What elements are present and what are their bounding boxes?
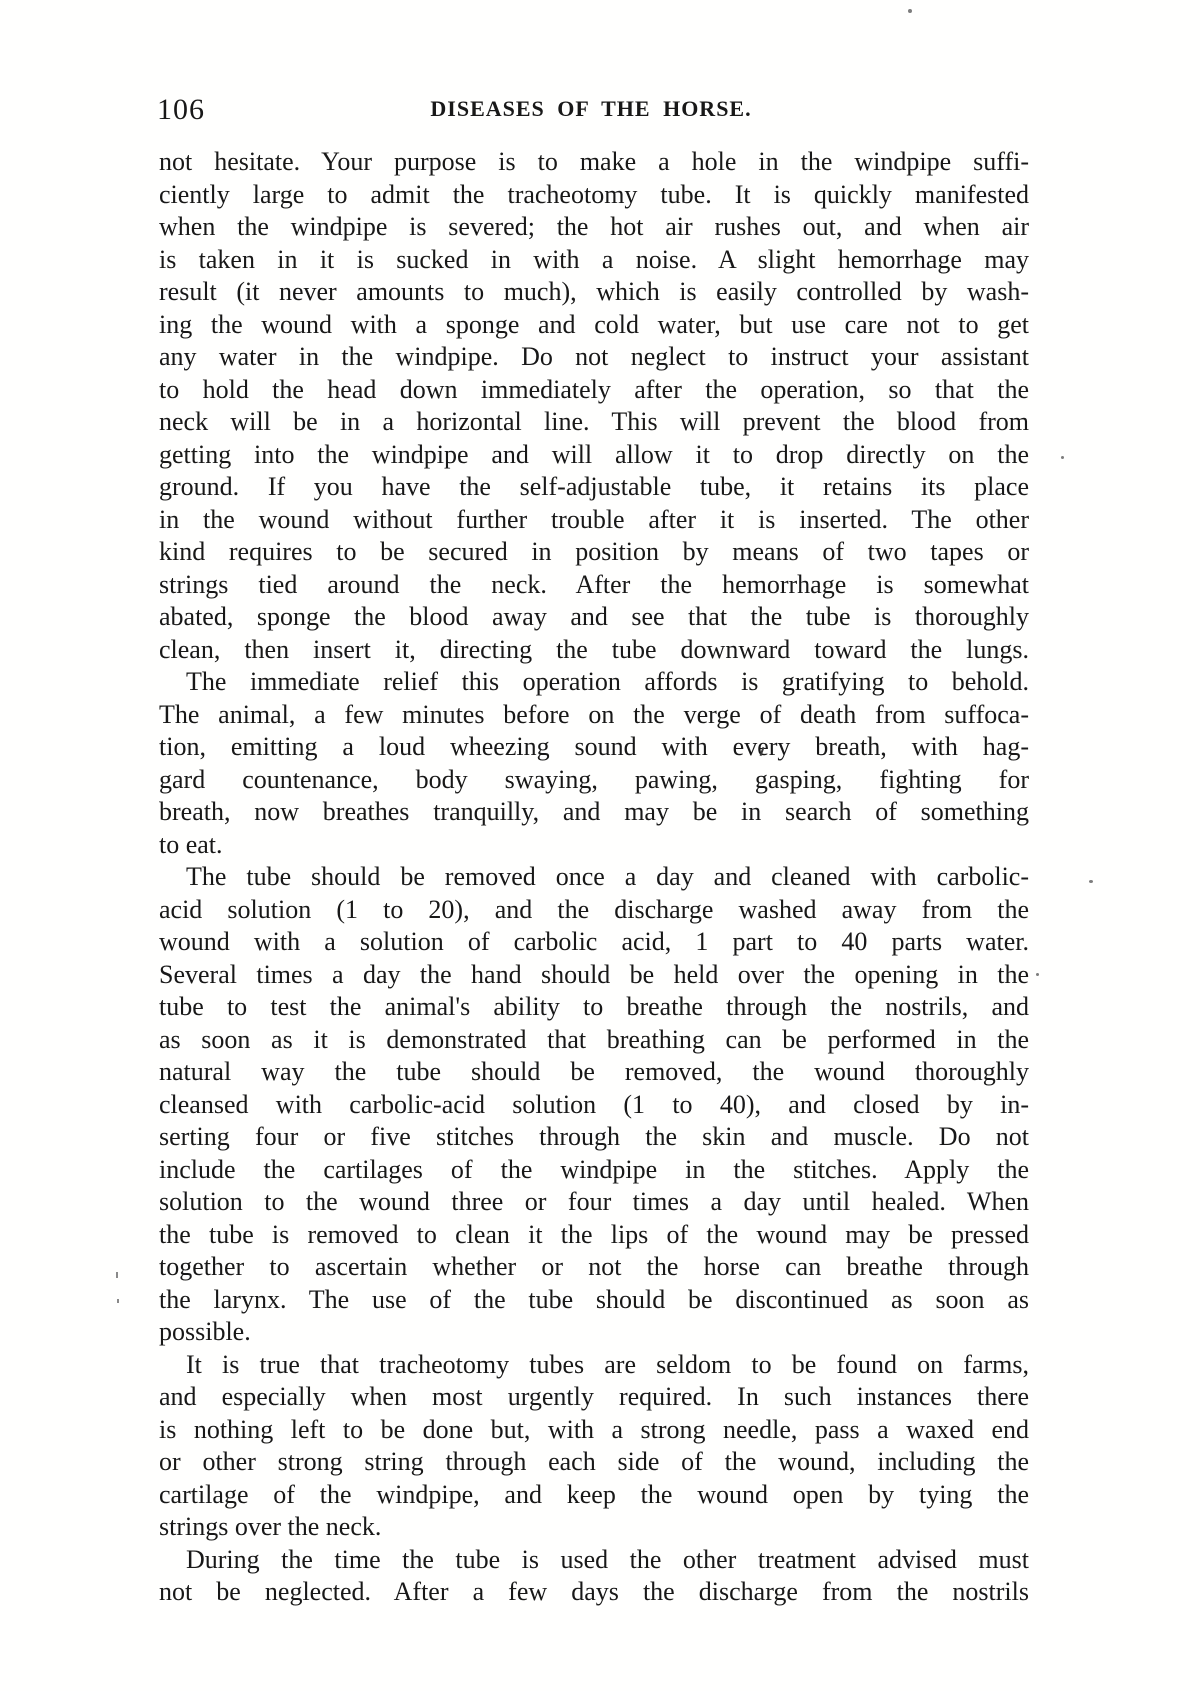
text-line: in the wound without further trouble aft… (159, 504, 1029, 537)
scan-speck (1089, 880, 1093, 883)
text-line: ciently large to admit the tracheotomy t… (159, 179, 1029, 212)
text-line: not hesitate. Your purpose is to make a … (159, 146, 1029, 179)
scan-speck (908, 9, 912, 13)
text-line: natural way the tube should be removed, … (159, 1056, 1029, 1089)
text-line: not be neglected. After a few days the d… (159, 1576, 1029, 1609)
text-line: abated, sponge the blood away and see th… (159, 601, 1029, 634)
text-line: result (it never amounts to much), which… (159, 276, 1029, 309)
text-line: During the time the tube is used the oth… (159, 1544, 1029, 1577)
text-line: and especially when most urgently requir… (159, 1381, 1029, 1414)
text-line: wound with a solution of carbolic acid, … (159, 926, 1029, 959)
scan-mark (116, 1272, 118, 1278)
text-line: kind requires to be secured in position … (159, 536, 1029, 569)
running-header: DISEASES OF THE HORSE. (430, 96, 751, 122)
text-line: tube to test the animal's ability to bre… (159, 991, 1029, 1024)
text-line: serting four or five stitches through th… (159, 1121, 1029, 1154)
text-line: breath, now breathes tranquilly, and may… (159, 796, 1029, 829)
text-line: as soon as it is demonstrated that breat… (159, 1024, 1029, 1057)
text-line: the tube is removed to clean it the lips… (159, 1219, 1029, 1252)
text-line: getting into the windpipe and will allow… (159, 439, 1029, 472)
text-line: It is true that tracheotomy tubes are se… (159, 1349, 1029, 1382)
text-line: is nothing left to be done but, with a s… (159, 1414, 1029, 1447)
scan-speck (1036, 973, 1039, 976)
text-line: The immediate relief this operation affo… (159, 666, 1029, 699)
text-line: to eat. (159, 829, 1029, 862)
text-line: any water in the windpipe. Do not neglec… (159, 341, 1029, 374)
page-number: 106 (157, 93, 205, 127)
page-text: not hesitate. Your purpose is to make a … (159, 146, 1029, 1609)
text-line: cartilage of the windpipe, and keep the … (159, 1479, 1029, 1512)
text-line: Several times a day the hand should be h… (159, 959, 1029, 992)
text-line: cleansed with carbolic-acid solution (1 … (159, 1089, 1029, 1122)
text-line: ground. If you have the self-adjustable … (159, 471, 1029, 504)
text-line: is taken in it is sucked in with a noise… (159, 244, 1029, 277)
text-line: gard countenance, body swaying, pawing, … (159, 764, 1029, 797)
text-line: solution to the wound three or four time… (159, 1186, 1029, 1219)
text-line: together to ascertain whether or not the… (159, 1251, 1029, 1284)
text-line: clean, then insert it, directing the tub… (159, 634, 1029, 667)
text-line: the larynx. The use of the tube should b… (159, 1284, 1029, 1317)
text-line: ing the wound with a sponge and cold wat… (159, 309, 1029, 342)
text-line: The animal, a few minutes before on the … (159, 699, 1029, 732)
text-line: The tube should be removed once a day an… (159, 861, 1029, 894)
text-line: strings over the neck. (159, 1511, 1029, 1544)
text-line: include the cartilages of the windpipe i… (159, 1154, 1029, 1187)
text-line: to hold the head down immediately after … (159, 374, 1029, 407)
text-line: when the windpipe is severed; the hot ai… (159, 211, 1029, 244)
text-line: acid solution (1 to 20), and the dischar… (159, 894, 1029, 927)
book-page: 106 DISEASES OF THE HORSE. not hesitate.… (0, 0, 1200, 1691)
text-line: or other strong string through each side… (159, 1446, 1029, 1479)
scan-speck (1061, 456, 1064, 459)
text-line: tion, emitting a loud wheezing sound wit… (159, 731, 1029, 764)
text-line: strings tied around the neck. After the … (159, 569, 1029, 602)
text-line: neck will be in a horizontal line. This … (159, 406, 1029, 439)
scan-mark (117, 1299, 119, 1303)
text-line: possible. (159, 1316, 1029, 1349)
